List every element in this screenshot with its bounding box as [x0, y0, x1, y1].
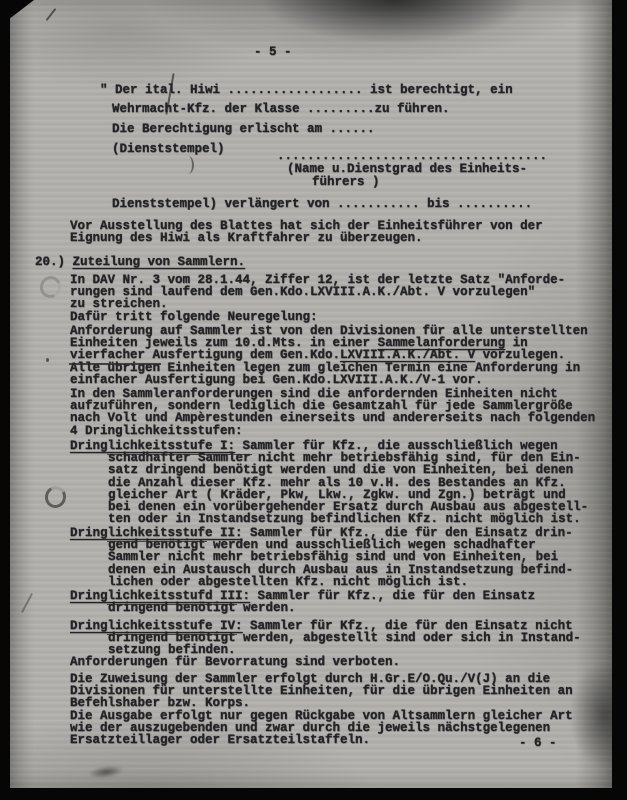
- text-line: zu streichen.: [70, 298, 565, 310]
- text-segment: werden.: [236, 601, 296, 615]
- text-line: ten oder in Instandsetzung befindlichen …: [70, 513, 588, 525]
- scanned-document-page: - 5 - " Der ital. Hiwi .................…: [0, 0, 627, 800]
- form-line-hiwi: " Der ital. Hiwi .................. ist …: [100, 84, 513, 97]
- text-line: dringend benötigt werden, abgestellt sin…: [70, 632, 581, 644]
- text-line: satz dringend benötigt werden und die vo…: [70, 464, 588, 476]
- overstruck-text: dringend benötigt: [108, 631, 236, 645]
- paragraph-zuweisung: Die Zuweisung der Sammler erfolgt durch …: [70, 673, 573, 746]
- urgency-level-1: Dringlichkeitsstufe I: Sammler für Kfz.,…: [70, 440, 588, 525]
- section-heading: 20.) Zuteilung von Sammlern.: [35, 256, 245, 268]
- form-line-stempel: (Dienststempel): [112, 143, 225, 156]
- section-number: 20.): [35, 255, 65, 269]
- text-segment: werden, abgestellt sind oder sich in Ins…: [236, 631, 581, 645]
- paragraph-anforderung: Anforderung auf Sammler ist von den Divi…: [70, 325, 588, 386]
- text-line: 4 Dringlichkeitsstufen:: [70, 425, 595, 437]
- page-number-bottom: - 6 -: [519, 737, 557, 749]
- form-caption-name-2: führers ): [312, 176, 380, 189]
- paragraph-dav: In DAV Nr. 3 vom 28.1.44, Ziffer 12, ist…: [70, 274, 565, 323]
- form-line-klasse: Wehrmacht-Kfz. der Klasse .........zu fü…: [112, 103, 450, 116]
- text-line: nach Volt und Ampèrestunden einerseits u…: [70, 412, 595, 424]
- text-line: Alle übrigen Einheiten legen zum gleiche…: [70, 362, 588, 374]
- text-line: Die Ausgabe erfolgt nur gegen Rückgabe v…: [70, 710, 573, 722]
- text-line: Befehlshaber bzw. Korps.: [70, 697, 573, 709]
- text-line: Sammler nicht mehr betriebsfähig sind un…: [70, 551, 573, 563]
- text-line: Eignung des Hiwi als Kraftfahrer zu über…: [70, 232, 543, 244]
- form-line-verlaengert: Dienststempel) verlängert von ..........…: [112, 198, 532, 211]
- page-number-top: - 5 -: [254, 46, 292, 58]
- urgency-level-3: Dringlichkeitsstufd III: Sammler für Kfz…: [70, 590, 535, 614]
- urgency-level-2: Dringlichkeitsstufe II: Sammler für Kfz.…: [70, 527, 573, 588]
- overstruck-text: schadhafter Sammler: [108, 451, 251, 465]
- paragraph-bevorratung: Anforderungen für Bevorratung sind verbo…: [70, 656, 400, 668]
- form-line-erlischt: Die Berechtigung erlischt am ......: [112, 123, 375, 136]
- overstruck-text: Alle übrigen: [70, 361, 160, 375]
- urgency-level-4: Dringlichkeitsstufe IV: Sammler für Kfz.…: [70, 620, 581, 657]
- overstruck-text: gend benötigt: [108, 538, 206, 552]
- text-line: Dafür tritt folgende Neuregelung:: [70, 311, 565, 323]
- spacer: [65, 255, 73, 269]
- text-line: Ersatzteillager oder Ersatzteilstaffeln.: [70, 734, 573, 746]
- typewritten-content: - 5 - " Der ital. Hiwi .................…: [0, 0, 627, 800]
- text-line: einfacher Ausfertigung bei Gen.Kdo.LXVII…: [70, 374, 588, 386]
- overstruck-text: dringend benötigt: [108, 601, 236, 615]
- intro-paragraph: Vor Ausstellung des Blattes hat sich der…: [70, 220, 543, 244]
- section-title: Zuteilung von Sammlern.: [73, 255, 246, 269]
- text-line: die Anzahl dieser Kfz. mehr als 10 v.H. …: [70, 477, 588, 489]
- text-line: denen ein Austausch durch Ausbau aus in …: [70, 564, 573, 576]
- text-line: lichen oder abgestellten Kfz. nicht mögl…: [70, 576, 573, 588]
- text-line: dringend benötigt werden.: [70, 602, 535, 614]
- paragraph-sammleranforderungen: In den Sammleranforderungen sind die anf…: [70, 388, 595, 437]
